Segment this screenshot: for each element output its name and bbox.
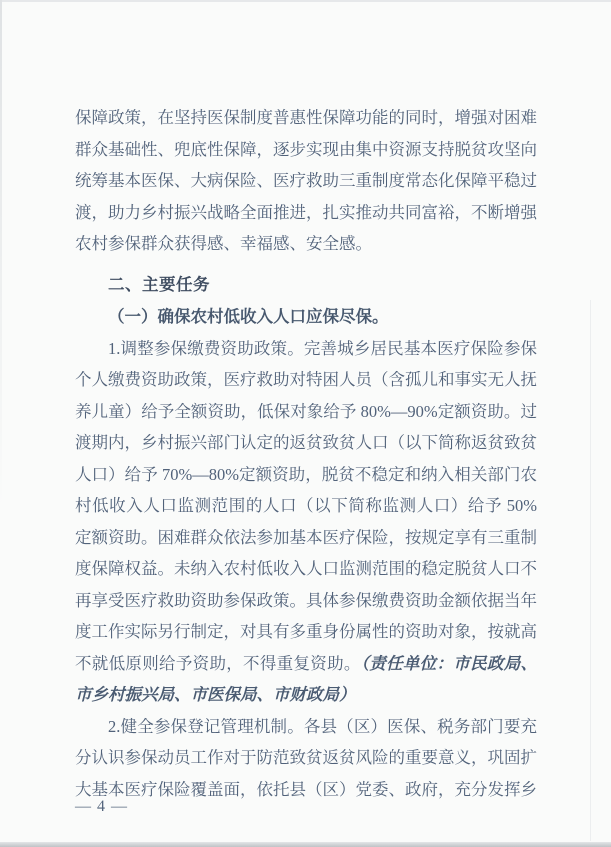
section-heading: 二、主要任务	[75, 270, 537, 302]
item-1-text: 1.调整参保缴费资助政策。完善城乡居民基本医疗保险参保个人缴费资助政策，医疗救助…	[75, 339, 537, 673]
scan-edge-top	[0, 0, 611, 2]
page-number: — 4 —	[75, 798, 128, 816]
scan-edge-left	[0, 0, 2, 847]
item-2-paragraph: 2.健全参保登记管理机制。各县（区）医保、税务部门要充分认识参保动员工作对于防范…	[75, 711, 537, 806]
item-1-paragraph: 1.调整参保缴费资助政策。完善城乡居民基本医疗保险参保个人缴费资助政策，医疗救助…	[75, 333, 537, 711]
intro-paragraph: 保障政策，在坚持医保制度普惠性保障功能的同时，增强对困难群众基础性、兜底性保障，…	[75, 102, 537, 260]
scan-edge-bottom	[0, 842, 611, 847]
document-body: 保障政策，在坚持医保制度普惠性保障功能的同时，增强对困难群众基础性、兜底性保障，…	[75, 102, 537, 805]
scan-edge-right	[590, 300, 591, 841]
subsection-heading: （一）确保农村低收入人口应保尽保。	[75, 301, 537, 333]
